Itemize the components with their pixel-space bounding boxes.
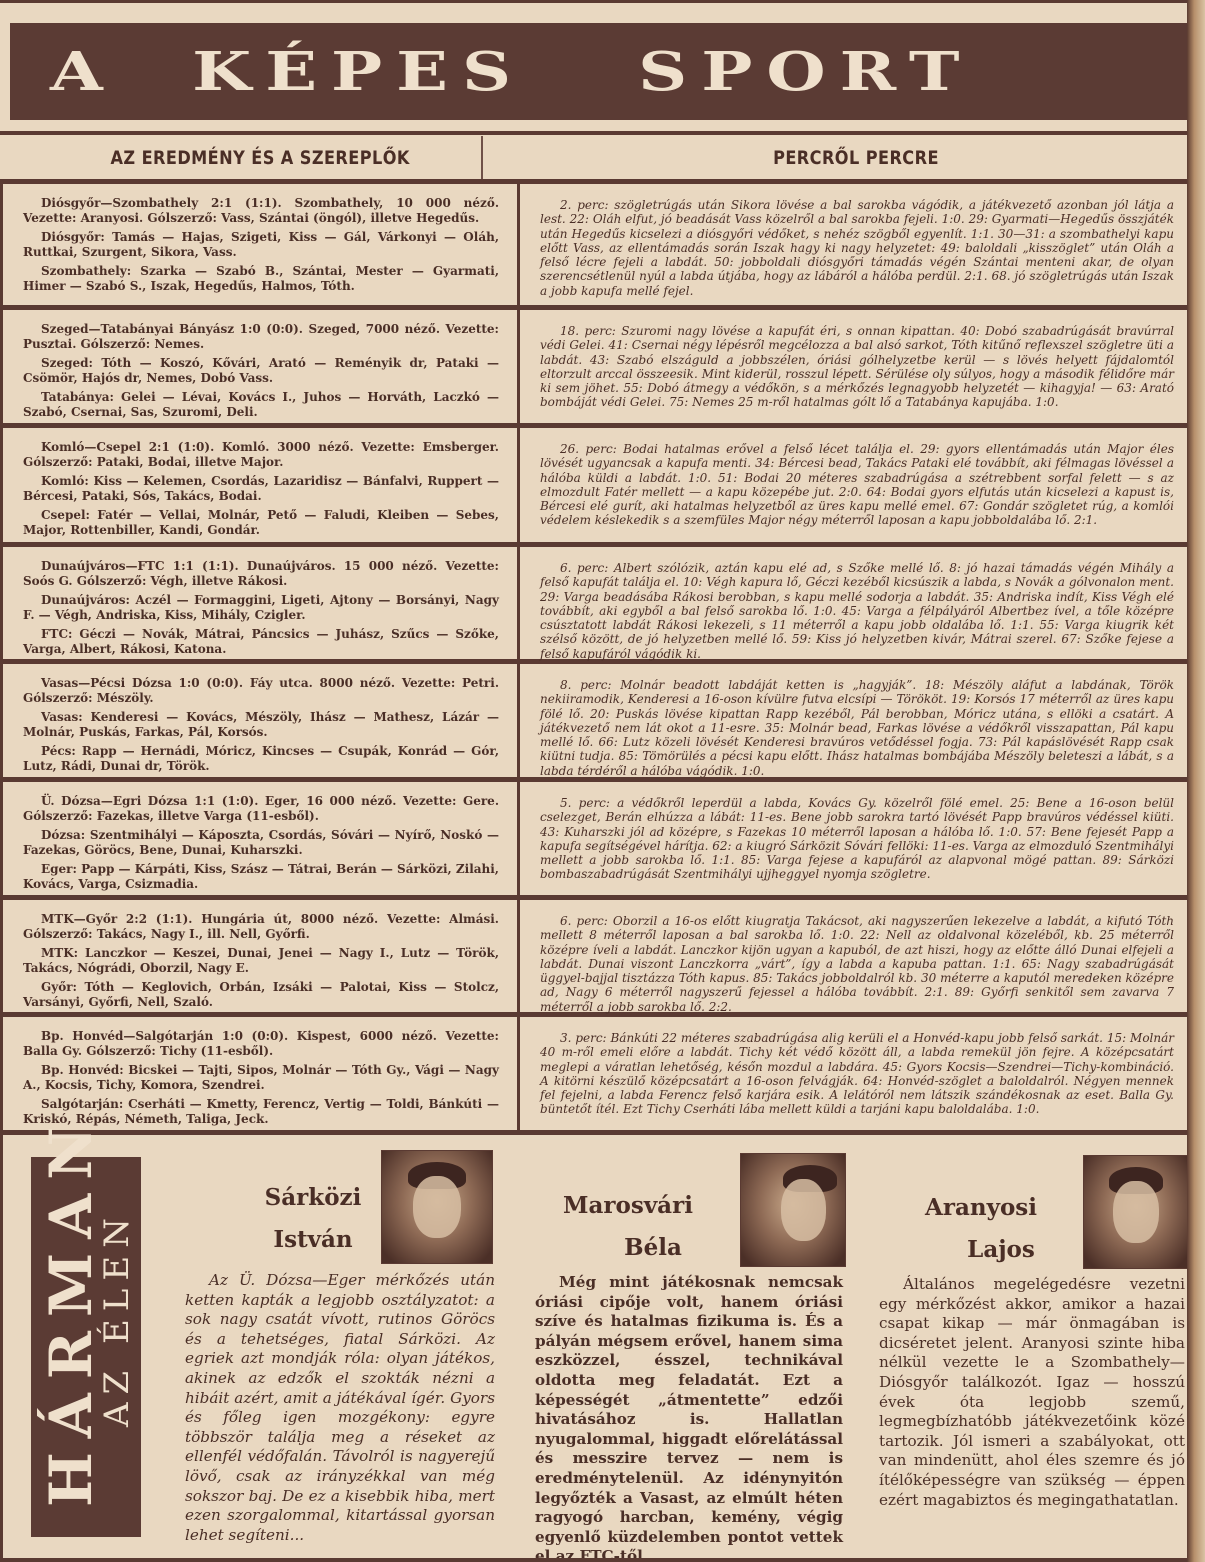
match-row: Ü. Dózsa—Egri Dózsa 1:1 (1:0). Eger, 16 … bbox=[0, 782, 1190, 900]
match-summary: Dunaújváros—FTC 1:1 (1:1). Dunaújváros. … bbox=[23, 559, 499, 588]
home-lineup: Dózsa: Szentmihályi — Káposzta, Csordás,… bbox=[23, 828, 499, 857]
match-result: Komló—Csepel 2:1 (1:0). Komló. 3000 néző… bbox=[3, 428, 520, 542]
masthead-title: A KÉPES SPORT bbox=[10, 40, 974, 102]
match-row: Komló—Csepel 2:1 (1:0). Komló. 3000 néző… bbox=[0, 428, 1190, 547]
column-header-results: AZ EREDMÉNY ÉS A SZEREPLŐK bbox=[39, 136, 483, 179]
column-header-minutes: PERCRŐL PERCRE bbox=[572, 136, 1140, 179]
portrait-photo-icon bbox=[381, 1150, 493, 1264]
match-summary: Komló—Csepel 2:1 (1:0). Komló. 3000 néző… bbox=[23, 440, 499, 469]
match-result: Dunaújváros—FTC 1:1 (1:1). Dunaújváros. … bbox=[3, 547, 520, 659]
minute-by-minute: 26. perc: Bodai hatalmas erővel a felső … bbox=[520, 428, 1190, 542]
match-row: MTK—Győr 2:2 (1:1). Hungária út, 8000 né… bbox=[0, 900, 1190, 1017]
match-summary: Bp. Honvéd—Salgótarján 1:0 (0:0). Kispes… bbox=[23, 1029, 499, 1058]
profile-second-name: Béla bbox=[593, 1229, 713, 1267]
minute-by-minute: 18. perc: Szuromi nagy lövése a kapufát … bbox=[520, 310, 1190, 423]
away-lineup: Szombathely: Szarka — Szabó B., Szántai,… bbox=[23, 264, 499, 293]
away-lineup: Csepel: Fatér — Vellai, Molnár, Pető — F… bbox=[23, 508, 499, 537]
masthead-frame: A KÉPES SPORT bbox=[0, 0, 1190, 135]
home-lineup: Vasas: Kenderesi — Kovács, Mészöly, Ihás… bbox=[23, 710, 499, 739]
profile-first-name: Marosvári bbox=[553, 1187, 703, 1225]
home-lineup: Bp. Honvéd: Bicskei — Tajti, Sipos, Moln… bbox=[23, 1063, 499, 1092]
profile-bio: Az Ü. Dózsa—Eger mérkőzés után ketten ka… bbox=[185, 1271, 495, 1545]
home-lineup: Dunaújváros: Aczél — Formaggini, Ligeti,… bbox=[23, 593, 499, 622]
match-row: Bp. Honvéd—Salgótarján 1:0 (0:0). Kispes… bbox=[0, 1017, 1190, 1135]
feature-subtitle: AZ ÉLEN bbox=[97, 1210, 137, 1427]
profile-bio: Általános megelégedésre vezetni egy mérk… bbox=[879, 1275, 1185, 1510]
bottom-rule bbox=[3, 1558, 1190, 1562]
match-list: Diósgyőr—Szombathely 2:1 (1:1). Szombath… bbox=[0, 184, 1190, 1135]
newspaper-page: A KÉPES SPORT AZ EREDMÉNY ÉS A SZEREPLŐK… bbox=[0, 0, 1190, 1562]
home-lineup: Komló: Kiss — Kelemen, Csordás, Lazaridi… bbox=[23, 474, 499, 503]
profile-bio: Még mint játékosnak nemcsak óriási cipőj… bbox=[535, 1273, 843, 1562]
minute-by-minute: 2. perc: szögletrúgás után Sikora lövése… bbox=[520, 184, 1190, 305]
minute-by-minute: 8. perc: Molnár beadott labdáját ketten … bbox=[520, 664, 1190, 777]
profile-aranyosi: Aranyosi Lajos Általános megelégedésre v… bbox=[871, 1149, 1193, 1549]
away-lineup: Pécs: Rapp — Hernádi, Móricz, Kincses — … bbox=[23, 744, 499, 773]
match-result: Szeged—Tatabányai Bányász 1:0 (0:0). Sze… bbox=[3, 310, 520, 423]
profile-first-name: Aranyosi bbox=[911, 1189, 1051, 1227]
profile-sarkozi: Sárközi István Az Ü. Dózsa—Eger mérkőzés… bbox=[173, 1149, 533, 1549]
profile-second-name: István bbox=[233, 1221, 393, 1259]
match-row: Vasas—Pécsi Dózsa 1:0 (0:0). Fáy utca. 8… bbox=[0, 664, 1190, 782]
column-headers: AZ EREDMÉNY ÉS A SZEREPLŐK PERCRŐL PERCR… bbox=[0, 136, 1190, 184]
match-summary: Vasas—Pécsi Dózsa 1:0 (0:0). Fáy utca. 8… bbox=[23, 676, 499, 705]
minute-by-minute: 6. perc: Albert szólózik, aztán kapu elé… bbox=[520, 547, 1190, 659]
minute-by-minute: 3. perc: Bánkúti 22 méteres szabadrúgása… bbox=[520, 1017, 1190, 1130]
match-row: Dunaújváros—FTC 1:1 (1:1). Dunaújváros. … bbox=[0, 547, 1190, 664]
match-summary: MTK—Győr 2:2 (1:1). Hungária út, 8000 né… bbox=[23, 912, 499, 941]
profile-first-name: Sárközi bbox=[233, 1179, 393, 1217]
feature-title-block: HÁRMAN AZ ÉLEN bbox=[31, 1157, 141, 1537]
minute-by-minute: 6. perc: Oborzil a 16-os előtt kiugratja… bbox=[520, 900, 1190, 1012]
match-summary: Szeged—Tatabányai Bányász 1:0 (0:0). Sze… bbox=[23, 322, 499, 351]
feature-title: HÁRMAN bbox=[37, 1113, 105, 1507]
match-row: Szeged—Tatabányai Bányász 1:0 (0:0). Sze… bbox=[0, 310, 1190, 428]
page-edge bbox=[1187, 0, 1205, 1562]
away-lineup: Tatabánya: Gelei — Lévai, Kovács I., Juh… bbox=[23, 390, 499, 419]
away-lineup: FTC: Géczi — Novák, Mátrai, Páncsics — J… bbox=[23, 627, 499, 656]
profile-marosvari: Marosvári Béla Még mint játékosnak nemcs… bbox=[533, 1149, 873, 1549]
match-result: Diósgyőr—Szombathely 2:1 (1:1). Szombath… bbox=[3, 184, 520, 305]
match-row: Diósgyőr—Szombathely 2:1 (1:1). Szombath… bbox=[0, 184, 1190, 310]
match-summary: Diósgyőr—Szombathely 2:1 (1:1). Szombath… bbox=[23, 196, 499, 225]
minute-by-minute: 5. perc: a védőkről leperdül a labda, Ko… bbox=[520, 782, 1190, 895]
masthead-banner: A KÉPES SPORT bbox=[10, 23, 1190, 120]
home-lineup: MTK: Lanczkor — Keszei, Dunai, Jenei — N… bbox=[23, 946, 499, 975]
home-lineup: Diósgyőr: Tamás — Hajas, Szigeti, Kiss —… bbox=[23, 230, 499, 259]
away-lineup: Győr: Tóth — Keglovich, Orbán, Izsáki — … bbox=[23, 980, 499, 1009]
profile-second-name: Lajos bbox=[951, 1231, 1051, 1269]
match-result: Vasas—Pécsi Dózsa 1:0 (0:0). Fáy utca. 8… bbox=[3, 664, 520, 777]
away-lineup: Eger: Papp — Kárpáti, Kiss, Szász — Tátr… bbox=[23, 862, 499, 891]
match-summary: Ü. Dózsa—Egri Dózsa 1:1 (1:0). Eger, 16 … bbox=[23, 794, 499, 823]
portrait-photo-icon bbox=[1083, 1155, 1189, 1269]
portrait-photo-icon bbox=[740, 1153, 846, 1267]
match-result: MTK—Győr 2:2 (1:1). Hungária út, 8000 né… bbox=[3, 900, 520, 1012]
home-lineup: Szeged: Tóth — Koszó, Kővári, Arató — Re… bbox=[23, 356, 499, 385]
match-result: Ü. Dózsa—Egri Dózsa 1:1 (1:0). Eger, 16 … bbox=[3, 782, 520, 895]
feature-section: HÁRMAN AZ ÉLEN Sárközi István Az Ü. Dózs… bbox=[0, 1135, 1190, 1562]
